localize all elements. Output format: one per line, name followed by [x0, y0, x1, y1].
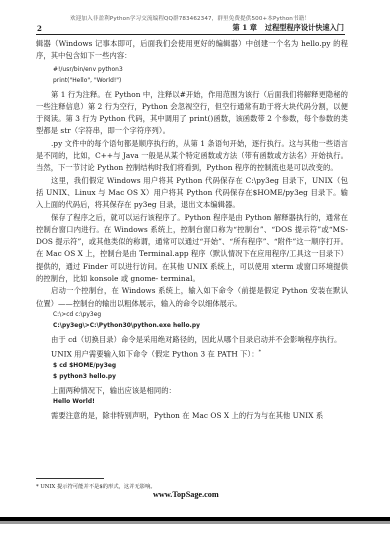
paragraph: 这里，我们假定 Windows 用户将其 Python 代码保存在 C:\py3…	[36, 175, 348, 212]
paragraph: 启动一个控制台，在 Windows 系统上，输入如下命令（前提是假定 Pytho…	[36, 285, 348, 310]
code-line: Hello World!	[53, 397, 348, 408]
page-bottom-bar-shadow	[0, 521, 390, 524]
running-head: 第 1 章过程型程序设计快速入门	[233, 23, 344, 33]
header-rule	[36, 34, 345, 35]
paragraph: 辑器（Windows 记事本即可，后面我们会使用更好的编辑器）中创建一个名为 h…	[36, 38, 348, 63]
paragraph: 需要注意的是，除非特别声明，Python 在 Mac OS X 上的行为与在其他…	[36, 410, 348, 422]
code-line: C:\py3eg\>C:\Python30\python.exe hello.p…	[53, 321, 348, 332]
chapter-title: 过程型程序设计快速入门	[265, 23, 344, 32]
code-line: $ cd $HOME/py3eg	[53, 361, 348, 372]
paragraph: .py 文件中的每个语句都是顺序执行的，从第 1 条语句开始，逐行执行。这与其他…	[36, 138, 348, 175]
paragraph: UNIX 用户需要输入如下命令（假定 Python 3 在 PATH 下）：*	[36, 346, 348, 361]
footer-site: www.TopSage.com	[153, 490, 219, 499]
paragraph-text: UNIX 用户需要输入如下命令（假定 Python 3 在 PATH 下）：	[51, 350, 259, 359]
footnote: * UNIX 提示符可能并不是$的形式，这并无影响。	[36, 482, 156, 490]
footnote-marker: *	[259, 349, 262, 355]
page-number: 2	[37, 24, 42, 33]
code-line: $ python3 hello.py	[53, 372, 348, 383]
paragraph: 第 1 行为注释。在 Python 中，注释以#开始，作用范围为该行（后面我们将…	[36, 89, 348, 138]
page-body: 辑器（Windows 记事本即可，后面我们会使用更好的编辑器）中创建一个名为 h…	[36, 38, 348, 423]
footnote-rule	[36, 478, 104, 479]
code-line: C:\>cd c:\py3eg	[53, 310, 348, 321]
header-watermark: 欢迎加入非盈利Python学习交流编程QQ群783462347，群里免费提供50…	[70, 14, 330, 22]
paragraph: 保存了程序之后，就可以运行该程序了。Python 程序是由 Python 解释器…	[36, 212, 348, 286]
chapter-label: 第 1 章	[233, 23, 257, 32]
paragraph: 上面两种情况下，输出应该是相同的：	[36, 385, 348, 397]
code-line: print("Hello", "World!")	[53, 76, 348, 87]
paragraph: 由于 cd（切换目录）命令是采用绝对路径的，因此从哪个目录启动并不会影响程序执行…	[36, 334, 348, 346]
code-line: #!/usr/bin/env python3	[53, 65, 348, 76]
